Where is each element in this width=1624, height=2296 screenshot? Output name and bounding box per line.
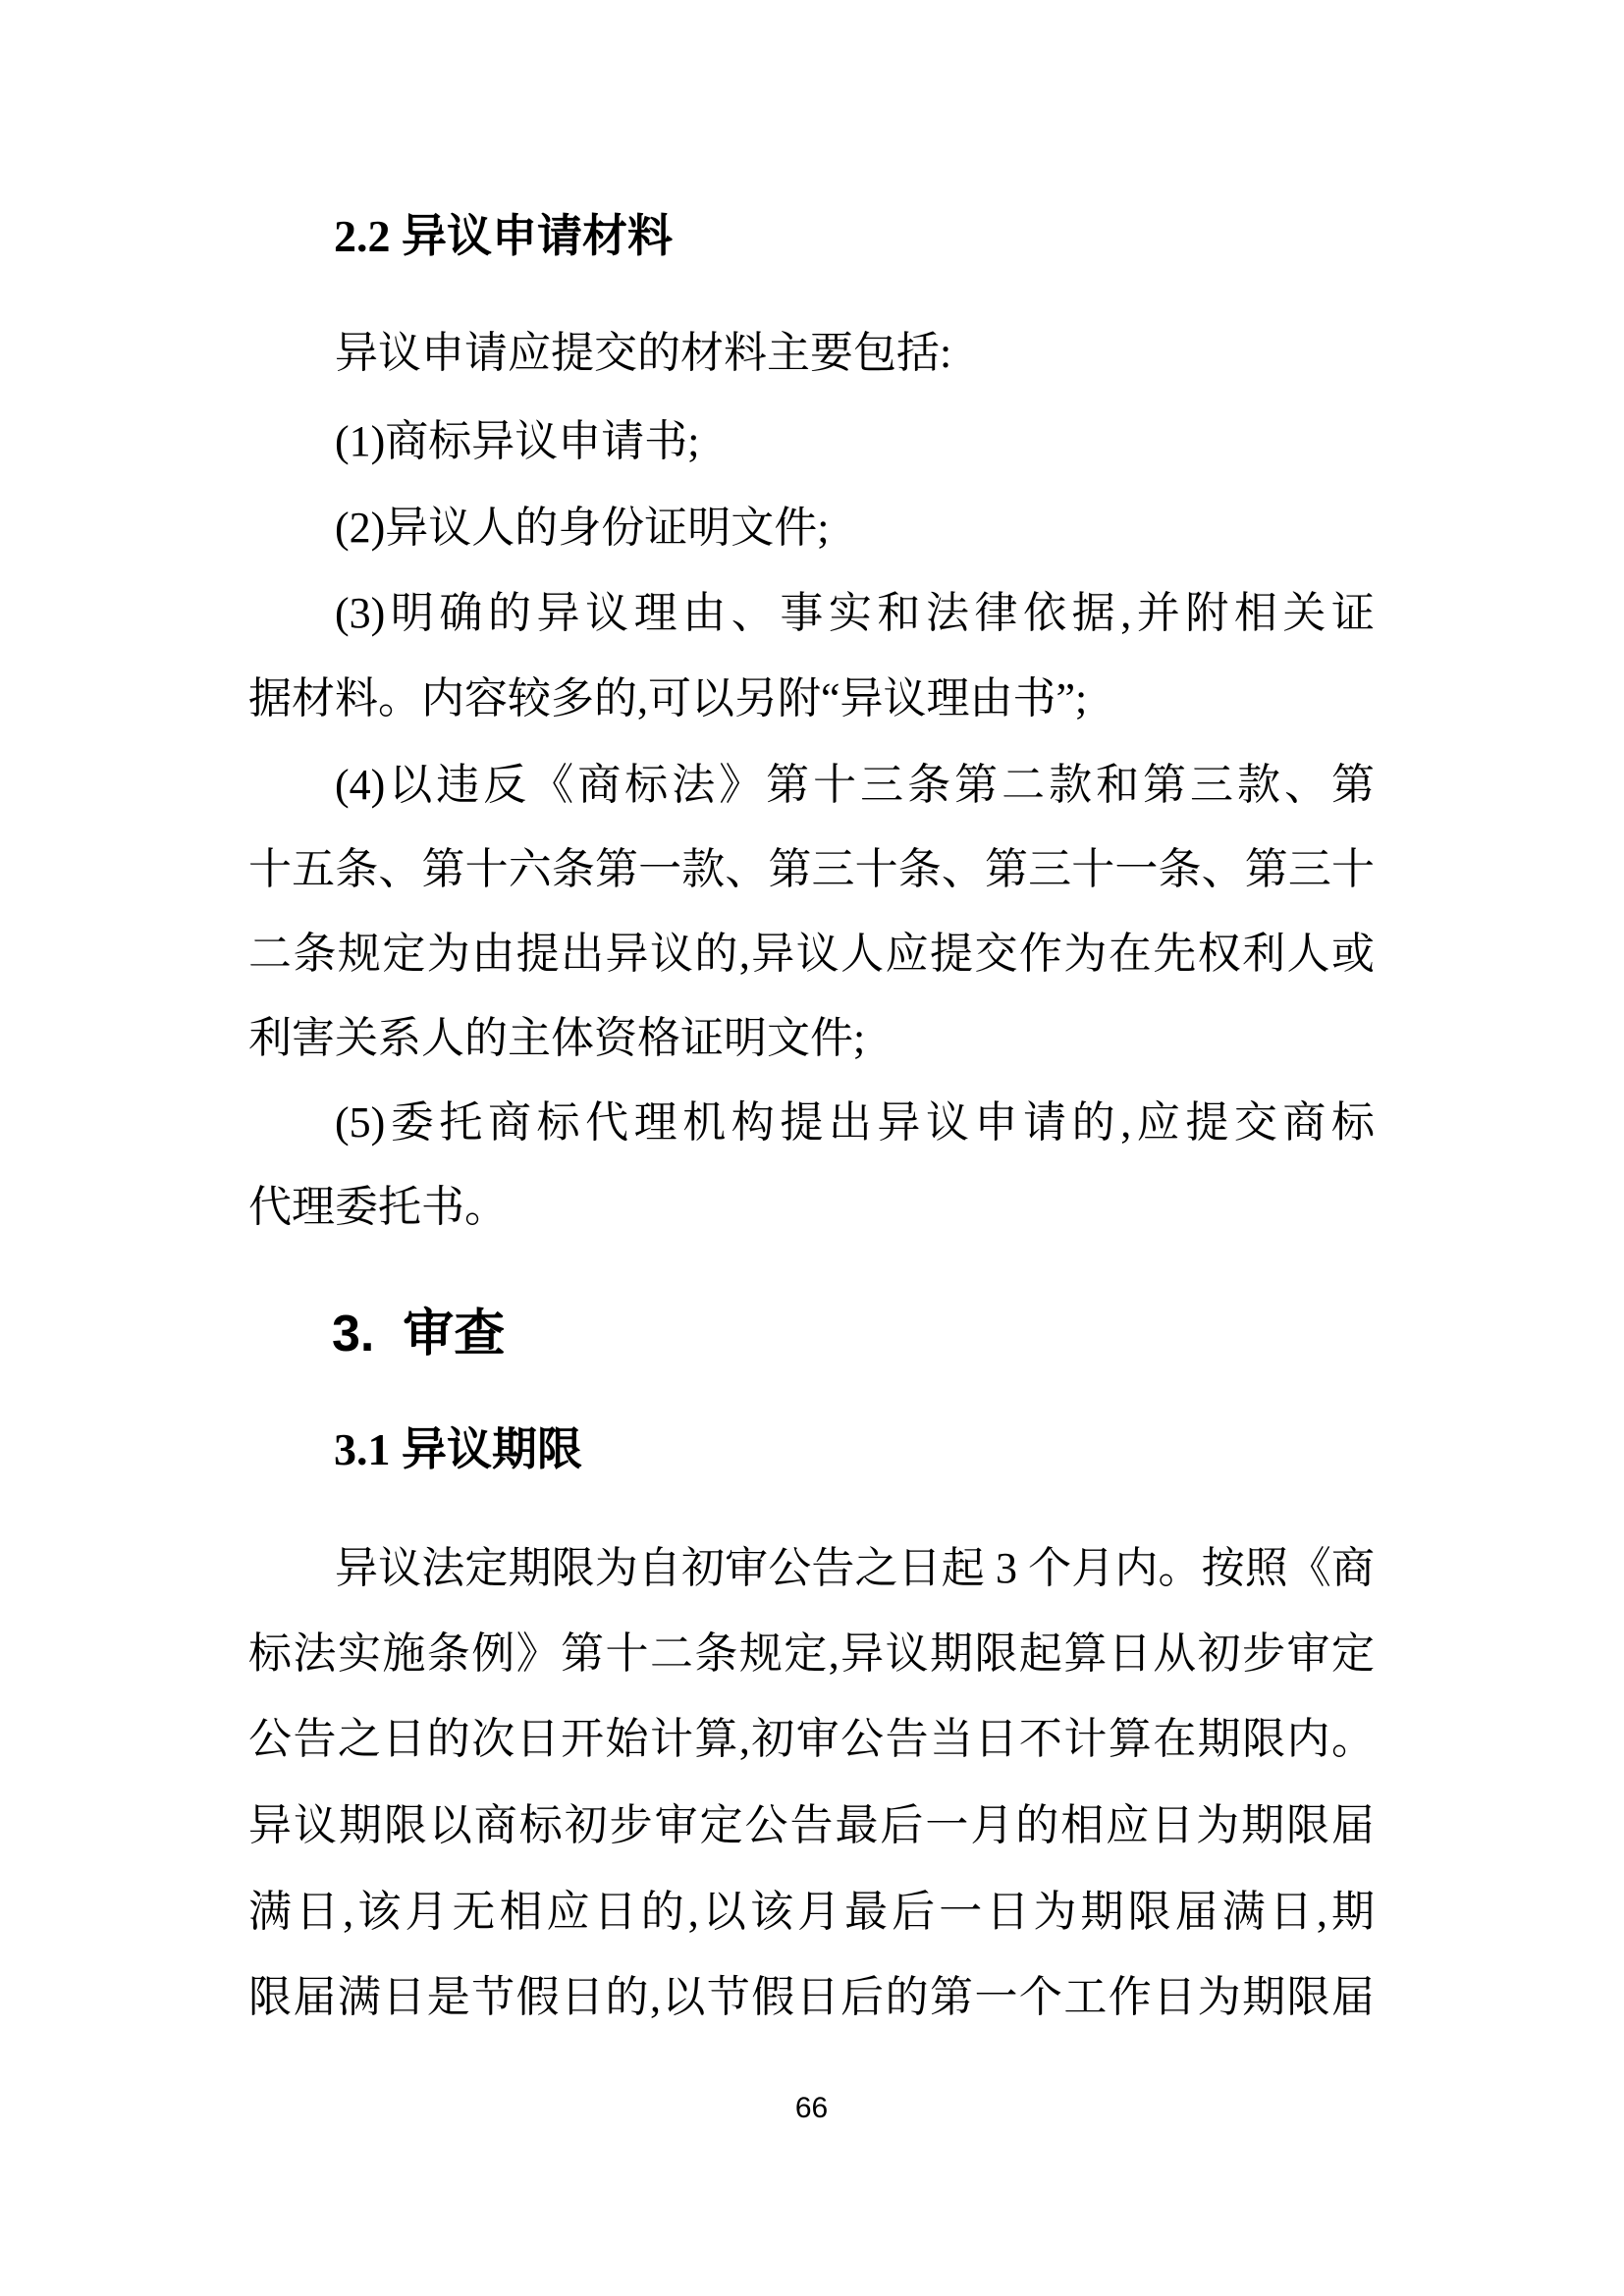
heading-section-2-2: 2.2 异议申请材料 — [334, 210, 673, 263]
list-item-5-line-1: (5)委托商标代理机构提出异议申请的,应提交商标 — [248, 1097, 1375, 1148]
list-item-5-line-2: 代理委托书。 — [248, 1182, 1375, 1233]
list-item-3-line-1: (3)明确的异议理由、事实和法律依据,并附相关证 — [248, 588, 1375, 639]
list-item-4-line-4: 利害关系人的主体资格证明文件; — [248, 1013, 1375, 1064]
paragraph-deadline-line-1: 异议法定期限为自初审公告之日起 3 个月内。按照《商 — [248, 1543, 1375, 1594]
list-item-1-line-1: (1)商标异议申请书; — [248, 416, 1375, 467]
paragraph-deadline-line-6: 限届满日是节假日的,以节假日后的第一个工作日为期限届 — [248, 1972, 1375, 2023]
document-page: 2.2 异议申请材料 异议申请应提交的材料主要包括: (1)商标异议申请书; (… — [0, 0, 1624, 2296]
list-item-4-line-3: 二条规定为由提出异议的,异议人应提交作为在先权利人或 — [248, 929, 1375, 980]
heading-section-3-1: 3.1 异议期限 — [334, 1423, 582, 1476]
list-item-2-line-1: (2)异议人的身份证明文件; — [248, 503, 1375, 554]
paragraph-deadline-line-4: 异议期限以商标初步审定公告最后一月的相应日为期限届 — [248, 1800, 1375, 1851]
page-number: 66 — [248, 2091, 1375, 2126]
list-item-4-line-1: (4)以违反《商标法》第十三条第二款和第三款、第 — [248, 760, 1375, 811]
heading-section-3: 3. 审查 — [332, 1305, 505, 1363]
list-item-4-line-2: 十五条、第十六条第一款、第三十条、第三十一条、第三十 — [248, 844, 1375, 895]
paragraph-deadline-line-2: 标法实施条例》第十二条规定,异议期限起算日从初步审定 — [248, 1629, 1375, 1680]
paragraph-deadline-line-3: 公告之日的次日开始计算,初审公告当日不计算在期限内。 — [248, 1714, 1375, 1765]
list-item-3-line-2: 据材料。内容较多的,可以另附“异议理由书”; — [248, 673, 1375, 724]
paragraph-deadline-line-5: 满日,该月无相应日的,以该月最后一日为期限届满日,期 — [248, 1887, 1375, 1938]
paragraph-intro-line-1: 异议申请应提交的材料主要包括: — [248, 328, 1375, 379]
